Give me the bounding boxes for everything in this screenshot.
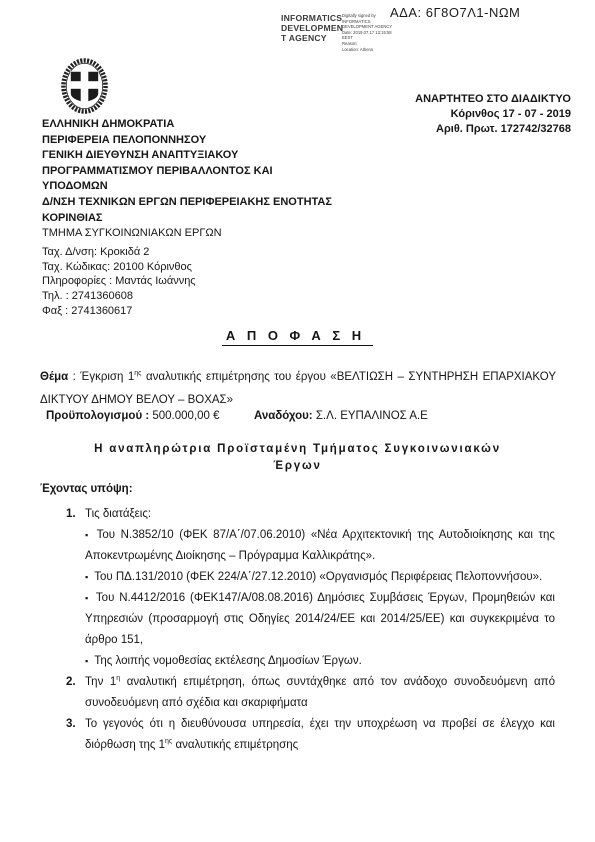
budget-line: Προϋπολογισμού : 500.000,00 € Αναδόχου: …	[46, 410, 428, 422]
signature-agency-line: DEVELOPMEN	[281, 23, 339, 33]
list-item: 2. Την 1η αναλυτική επιμέτρηση, όπως συν…	[66, 672, 555, 714]
contact-phone: Τηλ. : 2741360608	[42, 289, 372, 304]
authority-heading-line2: Έργων	[0, 458, 595, 475]
authority-heading: Η αναπληρώτρια Προϊσταμένη Τμήματος Συγκ…	[0, 441, 595, 474]
contact-postal-code: Ταχ. Κώδικας: 20100 Κόρινθος	[42, 260, 372, 275]
item1-bullet-text: Της λοιπής νομοθεσίας εκτέλεσης Δημοσίων…	[94, 655, 362, 667]
budget-label: Προϋπολογισμού :	[46, 410, 149, 422]
org-line: Δ/ΝΣΗ ΤΕΧΝΙΚΩΝ ΕΡΓΩΝ ΠΕΡΙΦΕΡΕΙΑΚΗΣ ΕΝΟΤΗ…	[42, 195, 372, 211]
subject-superscript: ης	[134, 370, 141, 377]
square-bullet-icon: ▪	[85, 593, 90, 603]
contractor-label: Αναδόχου:	[254, 410, 313, 422]
org-line: ΚΟΡΙΝΘΙΑΣ	[42, 211, 372, 227]
org-line: ΠΡΟΓΡΑΜΜΑΤΙΣΜΟΥ ΠΕΡΙΒΑΛΛΟΝΤΟΣ ΚΑΙ	[42, 164, 372, 180]
considerations-list: 1. Τις διατάξεις: ▪Του Ν.3852/10 (ΦΕΚ 87…	[66, 504, 555, 756]
square-bullet-icon: ▪	[85, 656, 88, 666]
org-line: ΕΛΛΗΝΙΚΗ ΔΗΜΟΚΡΑΤΙΑ	[42, 117, 372, 133]
list-item: 3. Το γεγονός ότι η διευθύνουσα υπηρεσία…	[66, 714, 555, 756]
contact-person: Πληροφορίες : Μαντάς Ιωάννης	[42, 274, 372, 289]
item2-post: αναλυτική επιμέτρηση, όπως συντάχθηκε απ…	[85, 676, 555, 709]
contact-block: Ταχ. Δ/νση: Κροκιδά 2 Ταχ. Κώδικας: 2010…	[42, 245, 372, 319]
decision-title: Α Π Ο Φ Α Σ Η	[222, 328, 373, 346]
signature-detail-line: Location: Athens	[342, 47, 404, 53]
decision-title-wrap: Α Π Ο Φ Α Σ Η	[0, 327, 595, 346]
item-number: 2.	[66, 672, 76, 693]
greek-coat-of-arms-icon	[61, 58, 108, 119]
authority-heading-line1: Η αναπληρώτρια Προϊσταμένη Τμήματος Συγκ…	[0, 441, 595, 458]
organization-block: ΕΛΛΗΝΙΚΗ ΔΗΜΟΚΡΑΤΙΑ ΠΕΡΙΦΕΡΕΙΑ ΠΕΛΟΠΟΝΝΗ…	[42, 117, 372, 319]
item1-bullet: ▪Του Ν.3852/10 (ΦΕΚ 87/Α΄/07.06.2010) «Ν…	[85, 525, 555, 567]
contact-address: Ταχ. Δ/νση: Κροκιδά 2	[42, 245, 372, 260]
org-department-line: ΤΜΗΜΑ ΣΥΓΚΟΙΝΩΝΙΑΚΩΝ ΕΡΓΩΝ	[42, 226, 372, 242]
item1-bullet-text: Του Ν.3852/10 (ΦΕΚ 87/Α΄/07.06.2010) «Νέ…	[85, 529, 555, 562]
web-posting-notice: ΑΝΑΡΤΗΤΕΟ ΣΤΟ ΔΙΑΔΙΚΤΥΟ	[415, 92, 571, 107]
digital-signature-stamp: INFORMATICS DEVELOPMEN T AGENCY Digitall…	[281, 13, 404, 52]
org-line: ΥΠΟΔΟΜΩΝ	[42, 179, 372, 195]
org-line: ΓΕΝΙΚΗ ΔΙΕΥΘΥΝΣΗ ΑΝΑΠΤΥΞΙΑΚΟΥ	[42, 148, 372, 164]
item2-pre: Την 1	[85, 676, 116, 688]
signature-details: Digitally signed by INFORMATICS DEVELOPM…	[342, 13, 404, 52]
item-number: 1.	[66, 504, 76, 525]
contractor-value: Σ.Λ. ΕΥΠΑΛΙΝΟΣ Α.Ε	[316, 410, 428, 422]
signature-agency-line: INFORMATICS	[281, 13, 339, 23]
item1-bullet: ▪Του ΠΔ.131/2010 (ΦΕΚ 224/Α΄/27.12.2010)…	[85, 567, 555, 588]
subject-label: Θέμα	[40, 371, 68, 383]
budget-value: 500.000,00 €	[152, 410, 219, 422]
item2-text: Την 1η αναλυτική επιμέτρηση, όπως συντάχ…	[85, 672, 555, 714]
square-bullet-icon: ▪	[85, 572, 88, 582]
protocol-number: Αριθ. Πρωτ. 172742/32768	[415, 122, 571, 137]
org-line: ΠΕΡΙΦΕΡΕΙΑ ΠΕΛΟΠΟΝΝΗΣΟΥ	[42, 133, 372, 149]
item3-pre: Το γεγονός ότι η διευθύνουσα υπηρεσία, έ…	[85, 718, 555, 751]
item-number: 3.	[66, 714, 76, 735]
item1-head: Τις διατάξεις:	[85, 504, 555, 525]
ada-code: ΑΔΑ: 6Γ8Ο7Λ1-ΝΩΜ	[390, 5, 520, 20]
place-date: Κόρινθος 17 - 07 - 2019	[415, 107, 571, 122]
square-bullet-icon: ▪	[85, 530, 91, 540]
signature-agency-name: INFORMATICS DEVELOPMEN T AGENCY	[281, 13, 339, 52]
document-page: ΑΔΑ: 6Γ8Ο7Λ1-ΝΩΜ INFORMATICS DEVELOPMEN …	[0, 0, 595, 842]
item1-bullet: ▪Της λοιπής νομοθεσίας εκτέλεσης Δημοσίω…	[85, 651, 555, 672]
header-right-block: ΑΝΑΡΤΗΤΕΟ ΣΤΟ ΔΙΑΔΙΚΤΥΟ Κόρινθος 17 - 07…	[415, 92, 571, 138]
item1-bullet-text: Του ΠΔ.131/2010 (ΦΕΚ 224/Α΄/27.12.2010) …	[94, 571, 542, 583]
subject-text-pre: : Έγκριση 1	[68, 371, 134, 383]
contact-fax: Φαξ : 2741360617	[42, 304, 372, 319]
signature-agency-line: T AGENCY	[281, 33, 339, 43]
item3-text: Το γεγονός ότι η διευθύνουσα υπηρεσία, έ…	[85, 714, 555, 756]
item1-bullet-text: Του Ν.4412/2016 (ΦΕΚ147/Α/08.08.2016) Δη…	[85, 592, 555, 646]
having-regard-label: Έχοντας υπόψη:	[40, 483, 133, 495]
list-item: 1. Τις διατάξεις: ▪Του Ν.3852/10 (ΦΕΚ 87…	[66, 504, 555, 672]
subject-paragraph: Θέμα : Έγκριση 1ης αναλυτικής επιμέτρηση…	[40, 366, 556, 411]
item1-bullet: ▪Του Ν.4412/2016 (ΦΕΚ147/Α/08.08.2016) Δ…	[85, 588, 555, 651]
item3-post: αναλυτικής επιμέτρησης	[172, 739, 298, 751]
